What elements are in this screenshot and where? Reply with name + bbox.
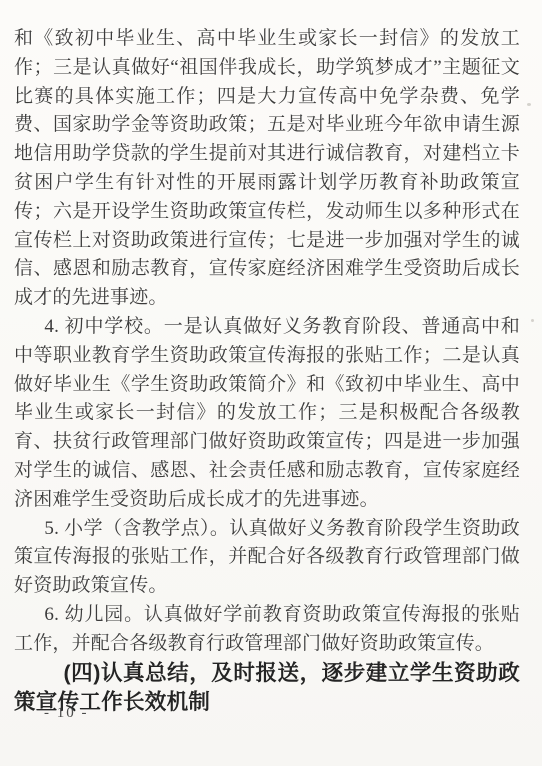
numbered-item-6-paragraph: 6. 幼儿园。认真做好学前教育资助政策宣传海报的张贴工作，并配合各级教育行政管理… <box>14 601 520 659</box>
scan-speckle <box>531 319 534 322</box>
body-paragraph-continuation: 和《致初中毕业生、高中毕业生或家长一封信》的发放工作；三是认真做好“祖国伴我成长… <box>14 25 520 313</box>
document-page: 和《致初中毕业生、高中毕业生或家长一封信》的发放工作；三是认真做好“祖国伴我成长… <box>0 0 542 766</box>
numbered-item-4-paragraph: 4. 初中学校。一是认真做好义务教育阶段、普通高中和中等职业教育学生资助政策宣传… <box>14 313 520 515</box>
scan-speckle <box>527 103 531 106</box>
document-body: 和《致初中毕业生、高中毕业生或家长一封信》的发放工作；三是认真做好“祖国伴我成长… <box>14 25 520 717</box>
page-number: - 10 - <box>44 705 89 722</box>
numbered-item-5-paragraph: 5. 小学（含教学点）。认真做好义务教育阶段学生资助政策宣传海报的张贴工作，并配… <box>14 515 520 601</box>
section-4-heading: (四)认真总结，及时报送，逐步建立学生资助政策宣传工作长效机制 <box>14 659 520 717</box>
